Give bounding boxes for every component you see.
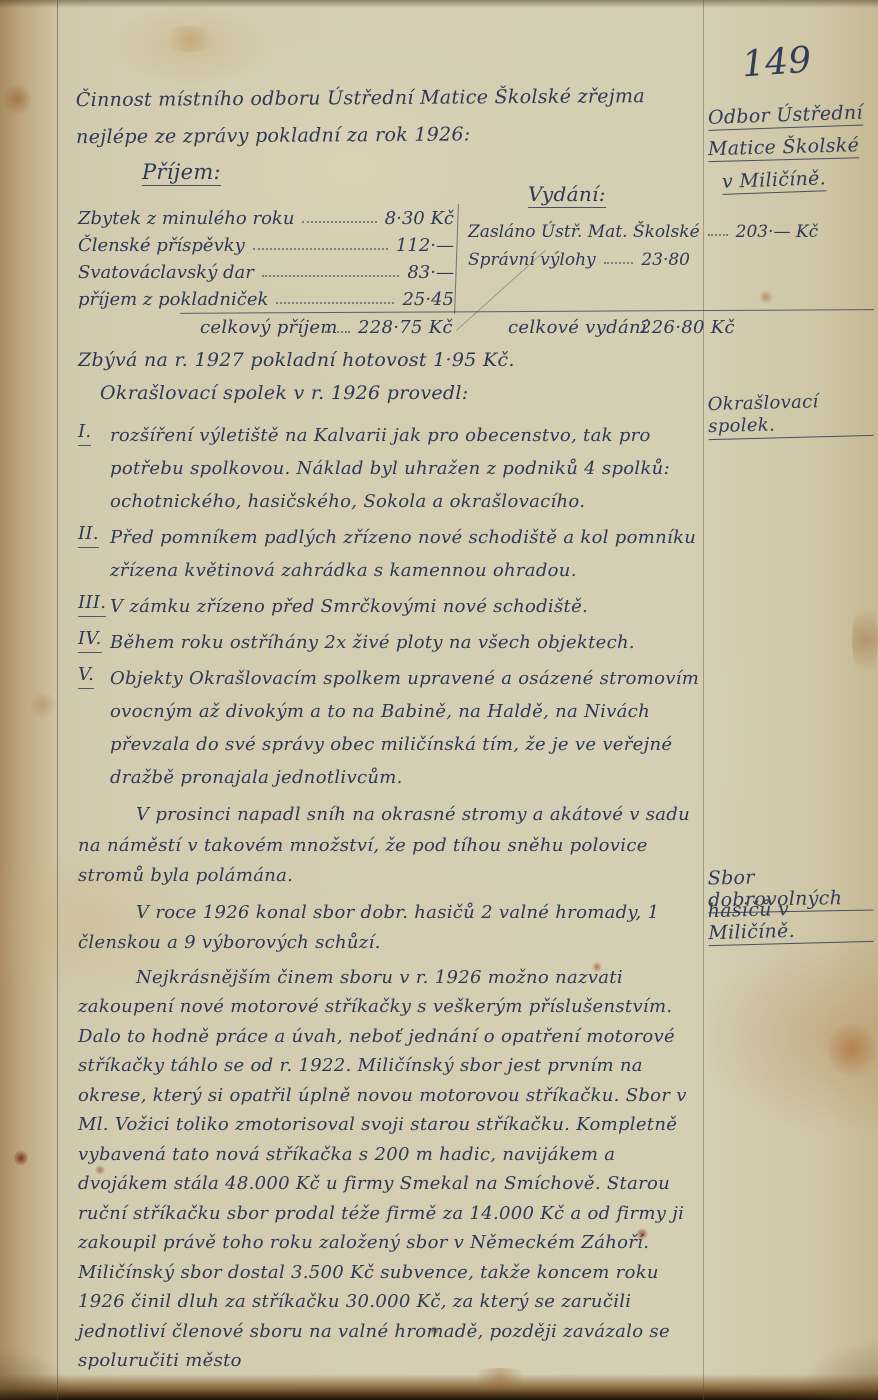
stain (852, 600, 878, 680)
expense-rows: Zasláno Ústř. Mat. Školské 203·— Kč Sprá… (468, 214, 690, 270)
income-value: 8·30 Kč (385, 208, 454, 229)
stain (758, 290, 774, 304)
dotted-leader (604, 262, 634, 264)
dotted-leader (253, 248, 388, 250)
income-row: Členské příspěvky 112·— (78, 229, 454, 256)
snow-paragraph: V prosinci napadl sníh na okrasné stromy… (78, 800, 702, 892)
item-numeral: V. (78, 662, 94, 689)
expense-label: Zasláno Ústř. Mat. Školské (468, 222, 700, 242)
income-label: Zbytek z minulého roku (78, 208, 294, 229)
list-item: IV. Během roku ostříhány 2x živé ploty n… (78, 626, 702, 659)
margin-note-text: Okrašlovací spolek. (707, 390, 873, 440)
dotted-leader (262, 275, 400, 277)
margin-note-text: v Miličíně. (722, 167, 827, 195)
margin-note-text: Odbor Ústřední (708, 101, 864, 130)
item-text: V zámku zřízeno před Smrčkovými nové sch… (110, 596, 588, 617)
income-heading: Příjem: (142, 160, 221, 186)
chronicle-page: 149 Odbor Ústřední Matice Školské v Mili… (0, 0, 878, 1400)
expense-label: Správní výlohy (468, 250, 596, 270)
total-income-value: 228·75 Kč (358, 317, 453, 338)
margin-note-umsk-line1: Odbor Ústřední (708, 101, 874, 131)
income-value: 25·45 (402, 289, 454, 310)
income-label: příjem z pokladniček (78, 289, 268, 310)
corner-shadow-bottom-right (738, 1300, 878, 1400)
stain (828, 1020, 876, 1080)
list-item: V. Objekty Okrašlovacím spolkem upravené… (78, 662, 702, 794)
margin-note-umsk-line2: Matice Školské (708, 134, 874, 162)
income-row: Svatováclavský dar 83·— (78, 256, 454, 283)
total-expense-label: celkové vydání (508, 317, 647, 338)
income-label: Svatováclavský dar (78, 262, 254, 283)
income-rows: Zbytek z minulého roku 8·30 Kč Členské p… (78, 202, 454, 310)
margin-note-hasici-line2: hasičů v Miličíně. (707, 896, 873, 946)
total-income-label: celkový příjem (200, 317, 338, 338)
income-value: 83·— (407, 262, 454, 283)
item-numeral: IV. (78, 626, 102, 653)
stain (160, 26, 220, 52)
list-item: I. rozšíření výletiště na Kalvarii jak p… (78, 419, 702, 518)
right-margin-rule (703, 0, 704, 1400)
left-margin-rule (57, 0, 58, 1400)
dotted-leader (322, 331, 350, 333)
expense-value: 203·— Kč (736, 222, 818, 242)
expense-row: Správní výlohy 23·80 (468, 242, 690, 270)
income-value: 112·— (396, 235, 454, 256)
item-numeral: I. (78, 419, 91, 446)
item-numeral: III. (78, 590, 106, 617)
dotted-leader (302, 221, 376, 223)
expense-heading-text: Vydání: (528, 182, 606, 208)
income-expense-divider-rule (454, 204, 459, 314)
item-text: Během roku ostříhány 2x živé ploty na vš… (110, 632, 635, 653)
item-numeral: II. (78, 521, 99, 548)
list-item: II. Před pomníkem padlých zřízeno nové s… (78, 521, 702, 587)
page-number: 149 (741, 40, 813, 86)
firebrigade-pump-paragraph: Nejkrásnějším činem sboru v r. 1926 možn… (78, 963, 702, 1376)
list-item: III. V zámku zřízeno před Smrčkovými nov… (78, 590, 702, 623)
firebrigade-meetings-paragraph: V roce 1926 konal sbor dobr. hasičů 2 va… (78, 898, 702, 959)
totals-row: celkový příjem 228·75 Kč celkové vydání … (0, 317, 878, 345)
income-row: Zbytek z minulého roku 8·30 Kč (78, 202, 454, 229)
margin-note-text: Matice Školské (708, 134, 860, 162)
dotted-leader (708, 234, 728, 236)
item-text: Před pomníkem padlých zřízeno nové schod… (110, 527, 696, 581)
margin-note-okraslovaci: Okrašlovací spolek. (707, 390, 873, 440)
intro-paragraph: Činnost místního odboru Ústřední Matice … (76, 78, 697, 156)
page-top-edge-shadow (0, 0, 878, 8)
item-text: rozšíření výletiště na Kalvarii jak pro … (110, 425, 670, 512)
stain (14, 1150, 28, 1166)
item-text: Objekty Okrašlovacím spolkem upravené a … (110, 668, 699, 788)
expense-row: Zasláno Ústř. Mat. Školské 203·— Kč (468, 214, 690, 242)
balance-line: Zbývá na r. 1927 pokladní hotovost 1·95 … (78, 349, 678, 371)
main-text-flow: I. rozšíření výletiště na Kalvarii jak p… (78, 419, 702, 1376)
total-expense-value: 226·80 Kč (640, 317, 735, 338)
margin-note-umsk-line3: v Miličíně. (722, 165, 878, 195)
income-heading-text: Příjem: (142, 160, 221, 186)
income-row: příjem z pokladniček 25·45 (78, 283, 454, 310)
expense-value: 23·80 (641, 250, 690, 270)
stain (30, 690, 56, 720)
okraslovaci-section-heading: Okrašlovací spolek v r. 1926 provedl: (100, 382, 700, 404)
dotted-leader (276, 302, 394, 304)
expense-heading: Vydání: (528, 182, 606, 208)
margin-note-text: hasičů v Miličíně. (707, 896, 873, 946)
stain (2, 82, 32, 116)
income-label: Členské příspěvky (78, 235, 245, 256)
